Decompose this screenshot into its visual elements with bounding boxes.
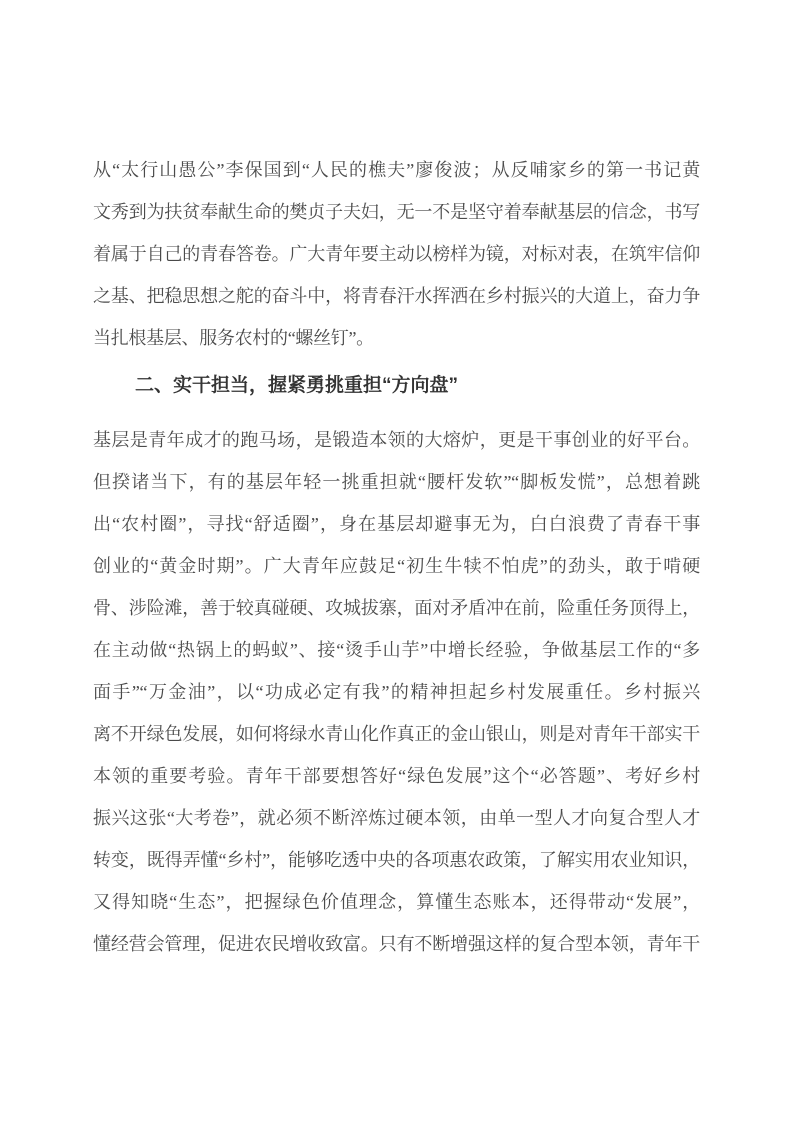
document-body: 从“太行山愚公”李保国到“人民的樵夫”廖俊波；从反哺家乡的第一书记黄 文秀到为扶…: [93, 149, 700, 965]
paragraph-line: 振兴这张“大考卷”，就必须不断淬炼过硬本领，由单一型人才向复合型人才: [93, 797, 700, 839]
paragraph-line: 又得知晓“生态”，把握绿色价值理念，算懂生态账本，还得带动“发展”，: [93, 881, 700, 923]
paragraph-line: 骨、涉险滩，善于较真碰硬、攻城拔寨，面对矛盾冲在前，险重任务顶得上，: [93, 587, 700, 629]
paragraph-line: 出“农村圈”，寻找“舒适圈”，身在基层却避事无为，白白浪费了青春干事: [93, 503, 700, 545]
paragraph-line: 面手”“万金油”，以“功成必定有我”的精神担起乡村发展重任。乡村振兴: [93, 671, 700, 713]
paragraph-line: 文秀到为扶贫奉献生命的樊贞子夫妇，无一不是坚守着奉献基层的信念，书写: [93, 191, 700, 233]
paragraph-line: 之基、把稳思想之舵的奋斗中，将青春汗水挥洒在乡村振兴的大道上，奋力争: [93, 275, 700, 317]
paragraph-line: 但揆诸当下，有的基层年轻一挑重担就“腰杆发软”“脚板发慌”，总想着跳: [93, 461, 700, 503]
section-heading: 二、实干担当，握紧勇挑重担“方向盘”: [93, 365, 700, 407]
paragraph-line: 懂经营会管理，促进农民增收致富。只有不断增强这样的复合型本领，青年干: [93, 923, 700, 965]
paragraph-line: 本领的重要考验。青年干部要想答好“绿色发展”这个“必答题”、考好乡村: [93, 755, 700, 797]
paragraph-line: 从“太行山愚公”李保国到“人民的樵夫”廖俊波；从反哺家乡的第一书记黄: [93, 149, 700, 191]
paragraph-line: 在主动做“热锅上的蚂蚁”、接“烫手山芋”中增长经验，争做基层工作的“多: [93, 629, 700, 671]
paragraph-line: 离不开绿色发展，如何将绿水青山化作真正的金山银山，则是对青年干部实干: [93, 713, 700, 755]
paragraph-line: 创业的“黄金时期”。广大青年应鼓足“初生牛犊不怕虎”的劲头，敢于啃硬: [93, 545, 700, 587]
paragraph-line: 着属于自己的青春答卷。广大青年要主动以榜样为镜，对标对表，在筑牢信仰: [93, 233, 700, 275]
paragraph-line: 当扎根基层、服务农村的“螺丝钉”。: [93, 317, 700, 359]
document-page: 从“太行山愚公”李保国到“人民的樵夫”廖俊波；从反哺家乡的第一书记黄 文秀到为扶…: [0, 0, 793, 1122]
paragraph-line: 转变，既得弄懂“乡村”，能够吃透中央的各项惠农政策，了解实用农业知识，: [93, 839, 700, 881]
paragraph-line: 基层是青年成才的跑马场，是锻造本领的大熔炉，更是干事创业的好平台。: [93, 419, 700, 461]
